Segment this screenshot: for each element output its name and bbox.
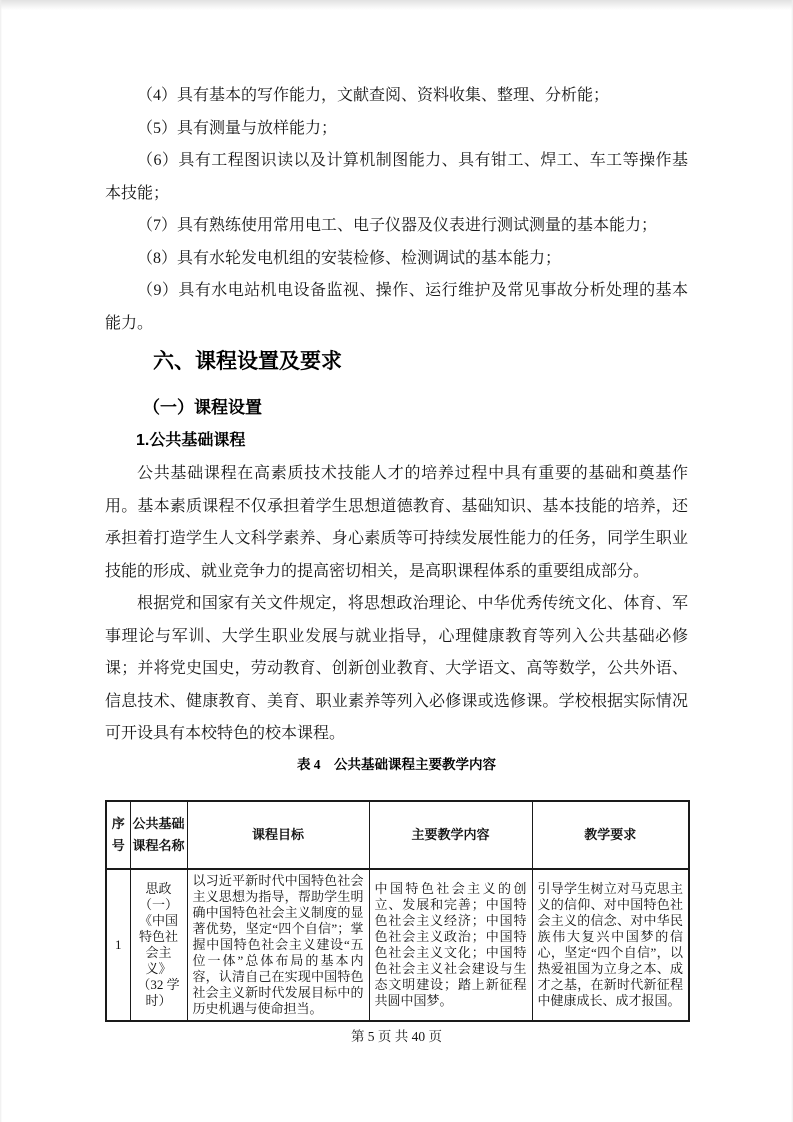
subsection-heading: （一）课程设置 xyxy=(105,395,688,421)
row-course-name: 思政 （一） 《中国 特色社 会主义》 （32 学 时） xyxy=(130,869,187,1021)
header-serial-number: 序号 xyxy=(106,801,130,869)
row-serial-number: 1 xyxy=(106,869,130,1021)
table-row: 1 思政 （一） 《中国 特色社 会主义》 （32 学 时） 以习近平新时代中国… xyxy=(106,869,689,1021)
subsubsection-heading: 1.公共基础课程 xyxy=(105,428,688,454)
list-item-7: （7）具有熟练使用常用电工、电子仪器及仪表进行测试测量的基本能力； xyxy=(105,210,688,243)
document-page: （4）具有基本的写作能力，文献查阅、资料收集、整理、分析能； （5）具有测量与放… xyxy=(0,0,793,1122)
header-teaching-requirement: 教学要求 xyxy=(532,801,689,869)
paragraph-intro: 公共基础课程在高素质技术技能人才的培养过程中具有重要的基础和奠基作用。基本素质课… xyxy=(105,458,688,588)
course-table: 序号 公共基础课程名称 课程目标 主要教学内容 教学要求 1 思政 （一） 《中… xyxy=(105,800,690,1022)
paragraph-policy: 根据党和国家有关文件规定，将思想政治理论、中华优秀传统文化、体育、军事理论与军训… xyxy=(105,588,688,751)
page-left-edge xyxy=(0,0,2,1122)
header-course-name: 公共基础课程名称 xyxy=(130,801,187,869)
header-course-objective: 课程目标 xyxy=(187,801,369,869)
list-item-4: （4）具有基本的写作能力，文献查阅、资料收集、整理、分析能； xyxy=(105,80,688,113)
table-header-row: 序号 公共基础课程名称 课程目标 主要教学内容 教学要求 xyxy=(106,801,689,869)
list-item-5: （5）具有测量与放样能力； xyxy=(105,113,688,146)
section-heading: 六、课程设置及要求 xyxy=(105,347,688,377)
header-teaching-content: 主要教学内容 xyxy=(369,801,532,869)
list-item-8: （8）具有水轮发电机组的安装检修、检测调试的基本能力； xyxy=(105,243,688,276)
list-item-9: （9）具有水电站机电设备监视、操作、运行维护及常见事故分析处理的基本能力。 xyxy=(105,275,688,340)
page-top-edge xyxy=(0,0,793,10)
row-teaching-content: 中国特色社会主义的创立、发展和完善；中国特色社会主义经济；中国特色社会主义政治；… xyxy=(369,869,532,1021)
row-teaching-requirement: 引导学生树立对马克思主义的信仰、对中国特色社会主义的信念、对中华民族伟大复兴中国… xyxy=(532,869,689,1021)
table-caption: 表 4 公共基础课程主要教学内容 xyxy=(105,755,688,775)
list-item-6: （6）具有工程图识读以及计算机制图能力、具有钳工、焊工、车工等操作基本技能； xyxy=(105,145,688,210)
row-course-objective: 以习近平新时代中国特色社会主义思想为指导，帮助学生明确中国特色社会主义制度的显著… xyxy=(187,869,369,1021)
page-number: 第 5 页 共 40 页 xyxy=(105,1028,688,1046)
